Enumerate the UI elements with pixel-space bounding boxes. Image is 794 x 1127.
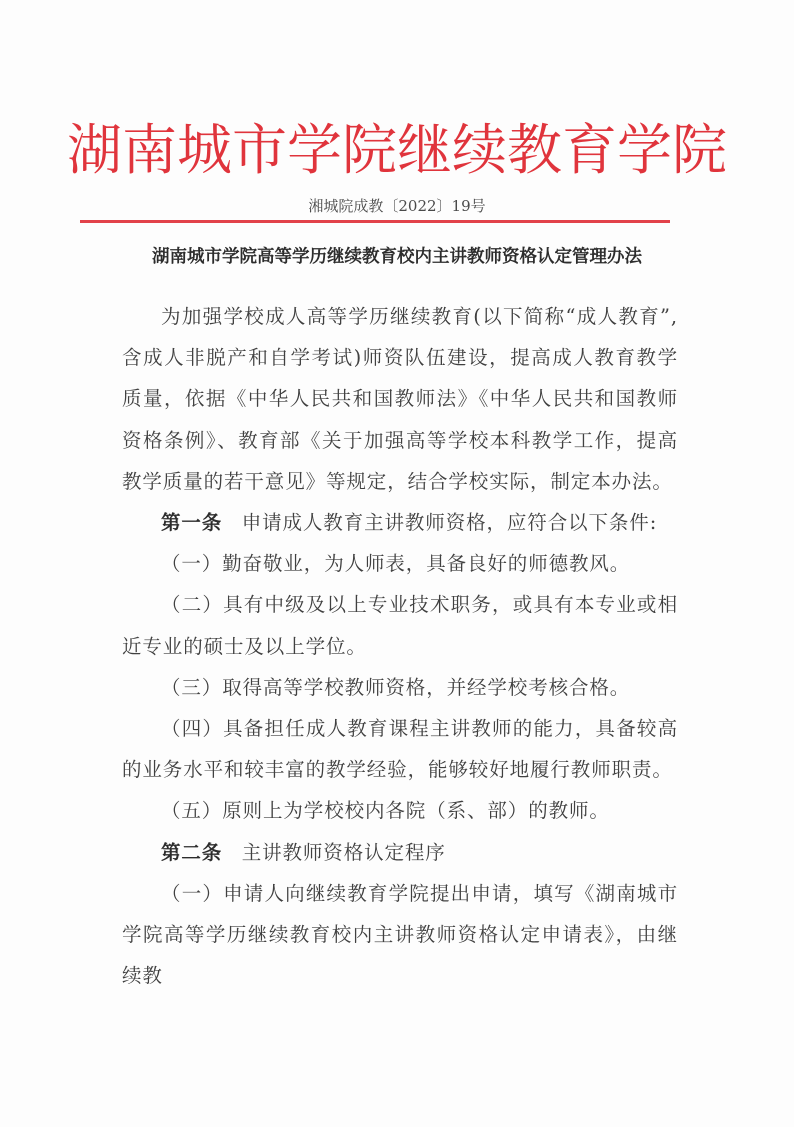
article-1-item-1: （一）勤奋敬业，为人师表，具备良好的师德教风。	[122, 543, 678, 584]
article-1-item-5: （五）原则上为学校校内各院（系、部）的教师。	[122, 790, 678, 831]
document-title: 湖南城市学院高等学历继续教育校内主讲教师资格认定管理办法	[0, 244, 794, 270]
article-1-label: 第一条	[161, 511, 222, 534]
article-2-item-1: （一）申请人向继续教育学院提出申请，填写《湖南城市学院高等学历继续教育校内主讲教…	[122, 873, 678, 997]
article-1: 第一条申请成人教育主讲教师资格，应符合以下条件:	[122, 502, 678, 543]
document-body: 为加强学校成人高等学历继续教育(以下简称“成人教育”,含成人非脱产和自学考试)师…	[122, 296, 678, 996]
article-1-item-4: （四）具备担任成人教育课程主讲教师的能力，具备较高的业务水平和较丰富的教学经验，…	[122, 708, 678, 790]
article-1-item-2: （二）具有中级及以上专业技术职务，或具有本专业或相近专业的硕士及以上学位。	[122, 584, 678, 666]
article-1-text: 申请成人教育主讲教师资格，应符合以下条件:	[242, 511, 657, 534]
document-number: 湘城院成教〔2022〕19号	[0, 196, 794, 216]
red-divider-rule	[80, 220, 670, 223]
article-2-text: 主讲教师资格认定程序	[242, 841, 446, 864]
article-2: 第二条主讲教师资格认定程序	[122, 832, 678, 873]
intro-paragraph: 为加强学校成人高等学历继续教育(以下简称“成人教育”,含成人非脱产和自学考试)师…	[122, 296, 678, 502]
organization-header: 湖南城市学院继续教育学院	[0, 112, 794, 188]
document-page: 湖南城市学院继续教育学院 湘城院成教〔2022〕19号 湖南城市学院高等学历继续…	[0, 0, 794, 1127]
article-2-label: 第二条	[161, 841, 222, 864]
article-1-item-3: （三）取得高等学校教师资格，并经学校考核合格。	[122, 667, 678, 708]
